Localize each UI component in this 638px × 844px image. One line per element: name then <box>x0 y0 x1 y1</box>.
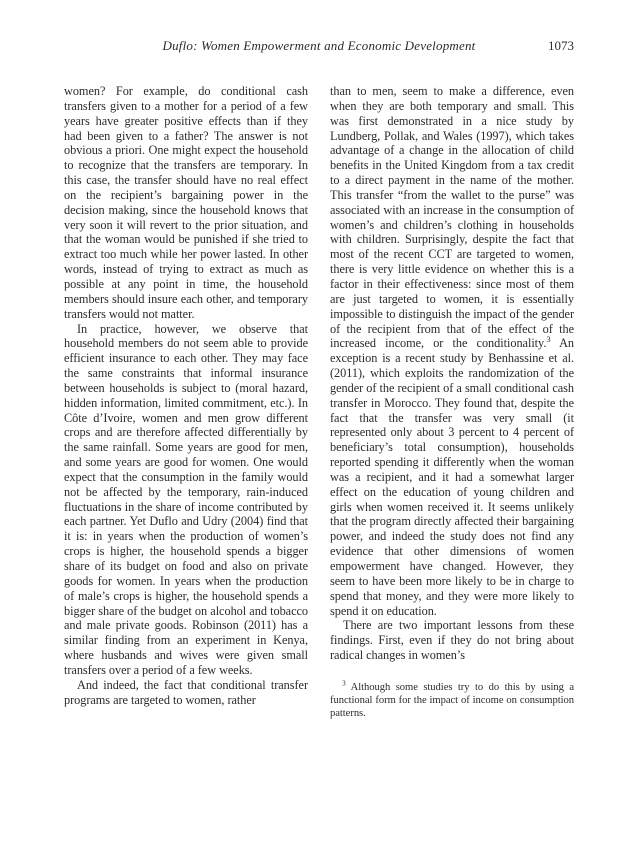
journal-page: Duflo: Women Empowerment and Economic De… <box>0 0 638 844</box>
body-paragraph: There are two important lessons from the… <box>330 618 574 663</box>
left-column: women? For example, do conditional cash … <box>64 84 308 720</box>
body-paragraph: women? For example, do conditional cash … <box>64 84 308 322</box>
page-number: 1073 <box>548 38 574 54</box>
text-columns: women? For example, do conditional cash … <box>64 84 574 720</box>
footnote: 3 Although some studies try to do this b… <box>330 681 574 720</box>
right-column: than to men, seem to make a difference, … <box>330 84 574 720</box>
body-paragraph: than to men, seem to make a difference, … <box>330 84 574 618</box>
running-title: Duflo: Women Empowerment and Economic De… <box>64 38 574 54</box>
footnote-paragraph: 3 Although some studies try to do this b… <box>330 681 574 720</box>
body-paragraph: And indeed, the fact that conditional tr… <box>64 678 308 708</box>
paragraph-text: than to men, seem to make a difference, … <box>330 84 574 350</box>
page-header: Duflo: Women Empowerment and Economic De… <box>64 38 574 56</box>
footnote-text: Although some studies try to do this by … <box>330 682 574 719</box>
paragraph-text: An exception is a recent study by Benhas… <box>330 336 574 617</box>
body-paragraph: In practice, however, we observe that ho… <box>64 322 308 678</box>
